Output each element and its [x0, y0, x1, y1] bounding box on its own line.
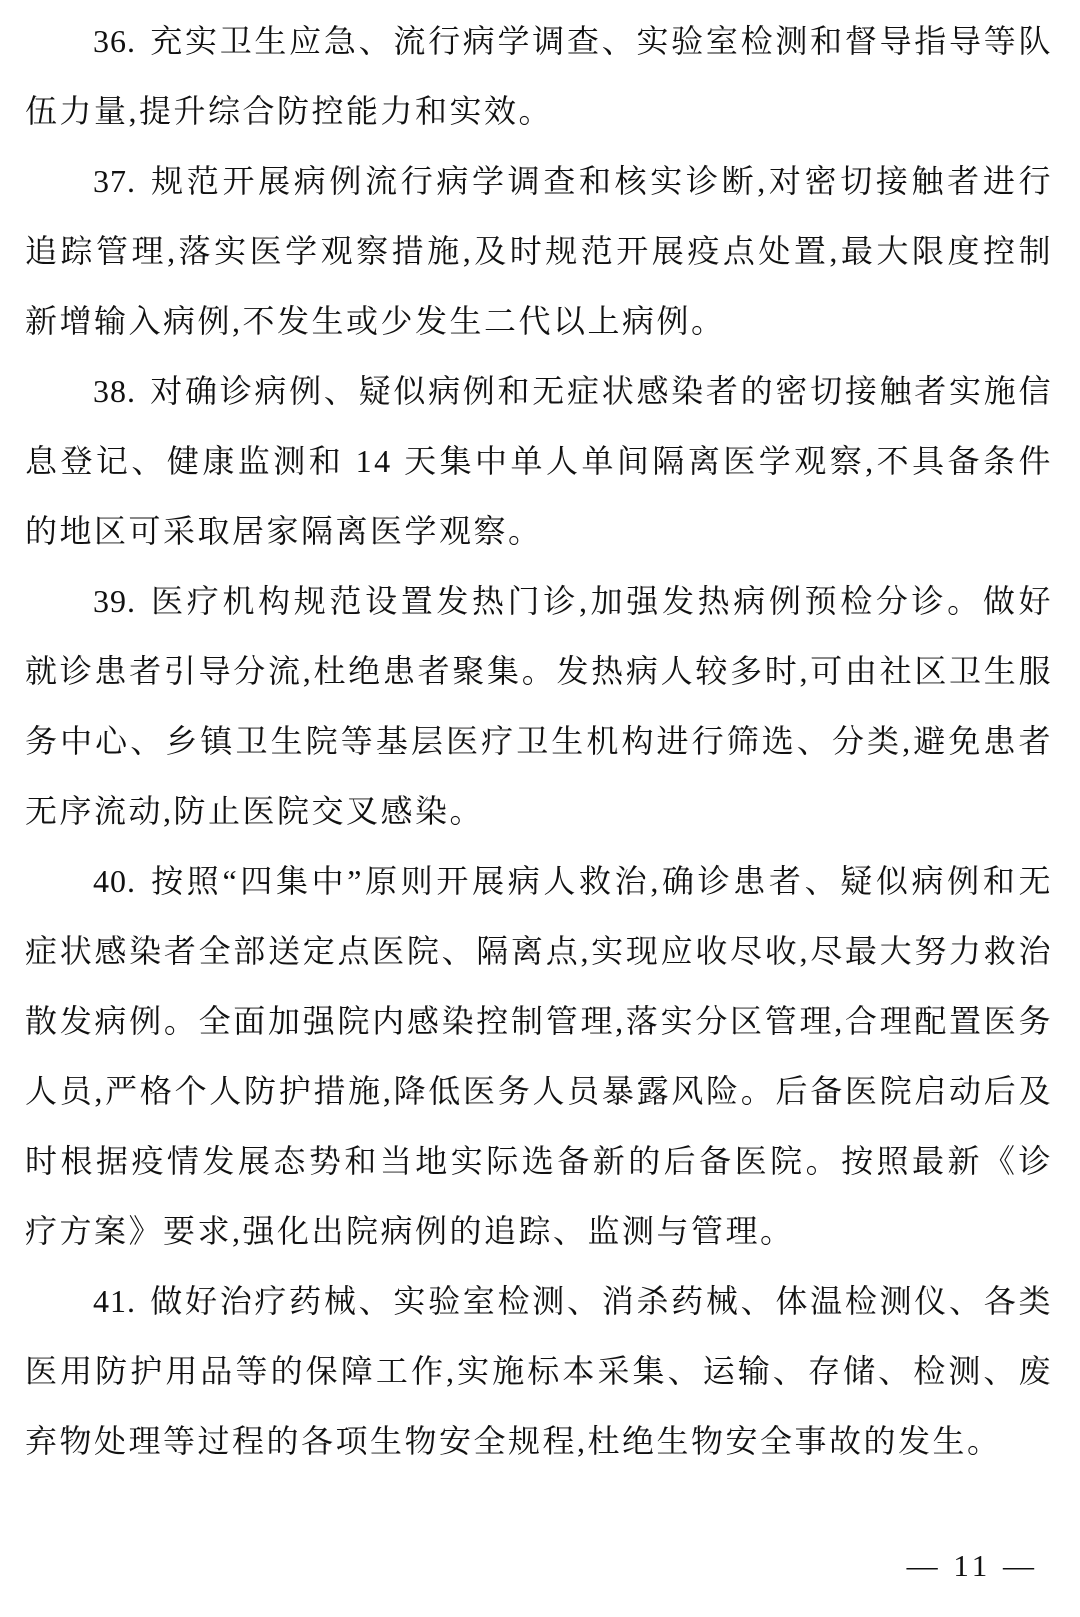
paragraph-37-text: 规范开展病例流行病学调查和核实诊断,对密切接触者进行追踪管理,落实医学观察措施,… [25, 163, 1053, 339]
document-body: 36.充实卫生应急、流行病学调查、实验室检测和督导指导等队伍力量,提升综合防控能… [0, 0, 1080, 1476]
page-footer: — 11 — [907, 1548, 1038, 1584]
paragraph-39-text: 医疗机构规范设置发热门诊,加强发热病例预检分诊。做好就诊患者引导分流,杜绝患者聚… [25, 583, 1053, 829]
paragraph-40: 40.按照“四集中”原则开展病人救治,确诊患者、疑似病例和无症状感染者全部送定点… [25, 846, 1053, 1266]
paragraph-38-number: 38. [93, 373, 136, 409]
paragraph-38: 38.对确诊病例、疑似病例和无症状感染者的密切接触者实施信息登记、健康监测和 1… [25, 356, 1053, 566]
document-page: 36.充实卫生应急、流行病学调查、实验室检测和督导指导等队伍力量,提升综合防控能… [0, 0, 1080, 1617]
paragraph-39: 39.医疗机构规范设置发热门诊,加强发热病例预检分诊。做好就诊患者引导分流,杜绝… [25, 566, 1053, 846]
paragraph-39-number: 39. [93, 583, 136, 619]
paragraph-36-number: 36. [93, 23, 136, 59]
paragraph-41-number: 41. [93, 1283, 136, 1319]
paragraph-38-text: 对确诊病例、疑似病例和无症状感染者的密切接触者实施信息登记、健康监测和 14 天… [25, 373, 1053, 549]
paragraph-40-text: 按照“四集中”原则开展病人救治,确诊患者、疑似病例和无症状感染者全部送定点医院、… [25, 863, 1053, 1249]
paragraph-41-text: 做好治疗药械、实验室检测、消杀药械、体温检测仪、各类医用防护用品等的保障工作,实… [25, 1283, 1053, 1459]
paragraph-36: 36.充实卫生应急、流行病学调查、实验室检测和督导指导等队伍力量,提升综合防控能… [25, 6, 1053, 146]
paragraph-40-number: 40. [93, 863, 136, 899]
paragraph-37: 37.规范开展病例流行病学调查和核实诊断,对密切接触者进行追踪管理,落实医学观察… [25, 146, 1053, 356]
page-number: — 11 — [907, 1548, 1038, 1583]
paragraph-41: 41.做好治疗药械、实验室检测、消杀药械、体温检测仪、各类医用防护用品等的保障工… [25, 1266, 1053, 1476]
paragraph-36-text: 充实卫生应急、流行病学调查、实验室检测和督导指导等队伍力量,提升综合防控能力和实… [25, 23, 1053, 129]
paragraph-37-number: 37. [93, 163, 136, 199]
